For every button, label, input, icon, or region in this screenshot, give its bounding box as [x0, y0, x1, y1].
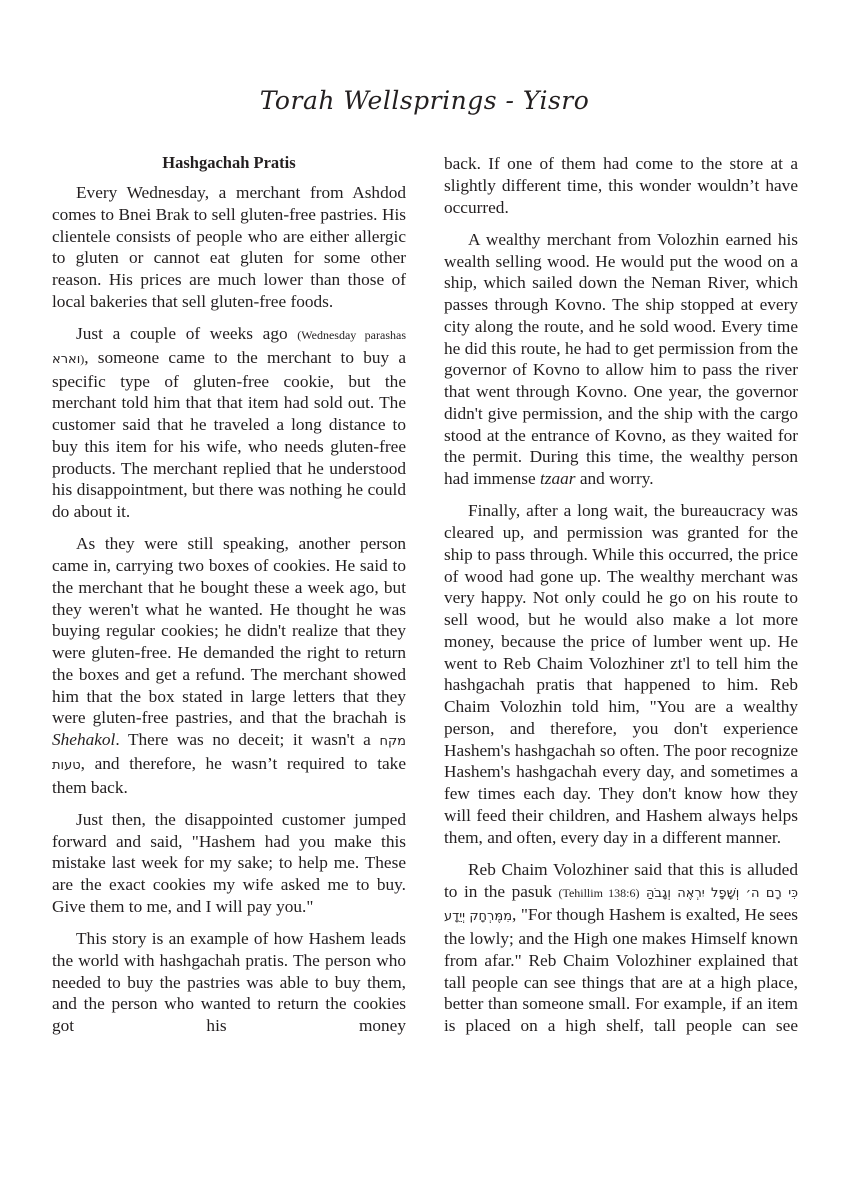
paragraph-2: Just a couple of weeks ago (Wednesday pa… [52, 323, 406, 523]
paragraph-3-end: , and therefore, he wasn’t required to t… [52, 754, 406, 797]
paragraph-6: A wealthy merchant from Volozhin earned … [444, 229, 798, 490]
tzaar-term: tzaar [540, 469, 576, 488]
left-column: Hashgachah Pratis Every Wednesday, a mer… [52, 152, 406, 1047]
paragraph-8: Reb Chaim Volozhiner said that this is a… [444, 859, 798, 1037]
parasha-hebrew: וארא [52, 352, 80, 367]
paragraph-3: As they were still speaking, another per… [52, 533, 406, 798]
paragraph-3-mid: . There was no deceit; it wasn't a [115, 730, 379, 749]
paragraph-6-end: and worry. [576, 469, 654, 488]
right-column: back. If one of them had come to the sto… [444, 153, 798, 1047]
paragraph-2-start: Just a couple of weeks ago [76, 324, 297, 343]
paragraph-6-start: A wealthy merchant from Volozhin earned … [444, 230, 798, 488]
paragraph-2-rest: , someone came to the merchant to buy a … [52, 348, 406, 521]
paragraph-7: Finally, after a long wait, the bureaucr… [444, 500, 798, 848]
paragraph-8-end: , "For though Hashem is exalted, He sees… [444, 905, 798, 1035]
brachah-term: Shehakol [52, 730, 115, 749]
verse-source: (Tehillim 138:6) [558, 886, 639, 900]
paragraph-3-start: As they were still speaking, another per… [52, 534, 406, 727]
paragraph-continued: back. If one of them had come to the sto… [444, 153, 798, 218]
section-heading: Hashgachah Pratis [52, 152, 406, 173]
paragraph-4: Just then, the disappointed customer jum… [52, 809, 406, 918]
paragraph-1: Every Wednesday, a merchant from Ashdod … [52, 182, 406, 313]
date-note-text: (Wednesday parashas [297, 328, 406, 342]
page-title: Torah Wellsprings - Yisro [0, 86, 849, 115]
paragraph-5: This story is an example of how Hashem l… [52, 928, 406, 1037]
